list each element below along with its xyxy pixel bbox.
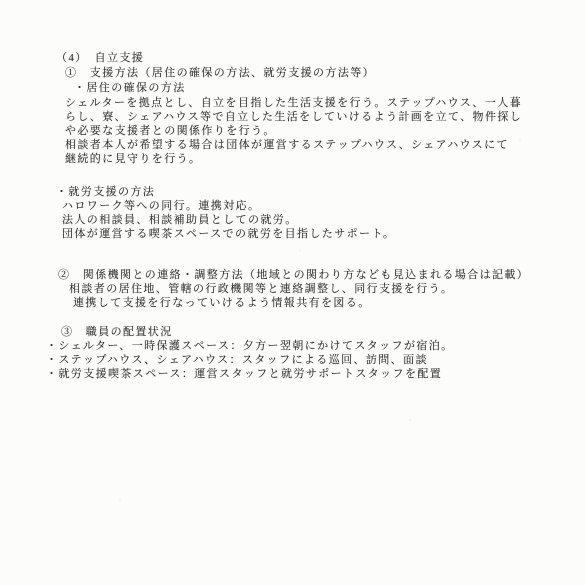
- staffing-line: ・ステップハウス、シェアハウス：スタッフによる巡回、訪問、面談: [0, 353, 585, 367]
- housing-method-line: や必要な支援者との関係作りを行う。: [0, 124, 585, 138]
- employment-method-line: 団体が運営する喫茶スペースでの就労を目指したサポート。: [0, 227, 585, 241]
- coordination-line: 相談者の居住地、管轄の行政機関等と連絡調整し、同行支援を行う。: [0, 282, 585, 296]
- housing-method-line: らし、寮、シェアハウス等で自立した生活をしていけるよう計画を立て、物件探し: [0, 110, 585, 124]
- housing-method-heading: ・居住の確保の方法: [0, 81, 585, 95]
- staffing-line: ・シェルター、一時保護スペース：夕方ー翌朝にかけてスタッフが宿泊。: [0, 339, 585, 353]
- housing-method-line: シェルターを拠点とし、自立を目指した生活支援を行う。ステップハウス、一人暮: [0, 96, 585, 110]
- housing-method-line: 相談者本人が希望する場合は団体が運営するステップハウス、シェアハウスにて: [0, 138, 585, 152]
- document-body: （4） 自立支援 ① 支援方法（居住の確保の方法、就労支援の方法等） ・居住の確…: [0, 0, 585, 381]
- method-heading: ① 支援方法（居住の確保の方法、就労支援の方法等）: [0, 66, 585, 80]
- staffing-line: ・就労支援喫茶スペース：運営スタッフと就労サポートスタッフを配置: [0, 367, 585, 381]
- employment-method-line: ハロワーク等への同行。連携対応。: [0, 199, 585, 213]
- employment-method-heading: ・就労支援の方法: [0, 185, 585, 199]
- coordination-line: 連携して支援を行なっていけるよう情報共有を図る。: [0, 296, 585, 310]
- scanned-document-page: （4） 自立支援 ① 支援方法（居住の確保の方法、就労支援の方法等） ・居住の確…: [0, 0, 585, 585]
- housing-method-line: 継続的に見守りを行う。: [0, 152, 585, 166]
- section-heading: （4） 自立支援: [0, 51, 585, 65]
- coordination-heading: ② 関係機関との連絡・調整方法（地域との関わり方なども見込まれる場合は記載）: [0, 268, 585, 282]
- staffing-heading: ③ 職員の配置状況: [0, 325, 585, 339]
- employment-method-line: 法人の相談員、相談補助員としての就労。: [0, 213, 585, 227]
